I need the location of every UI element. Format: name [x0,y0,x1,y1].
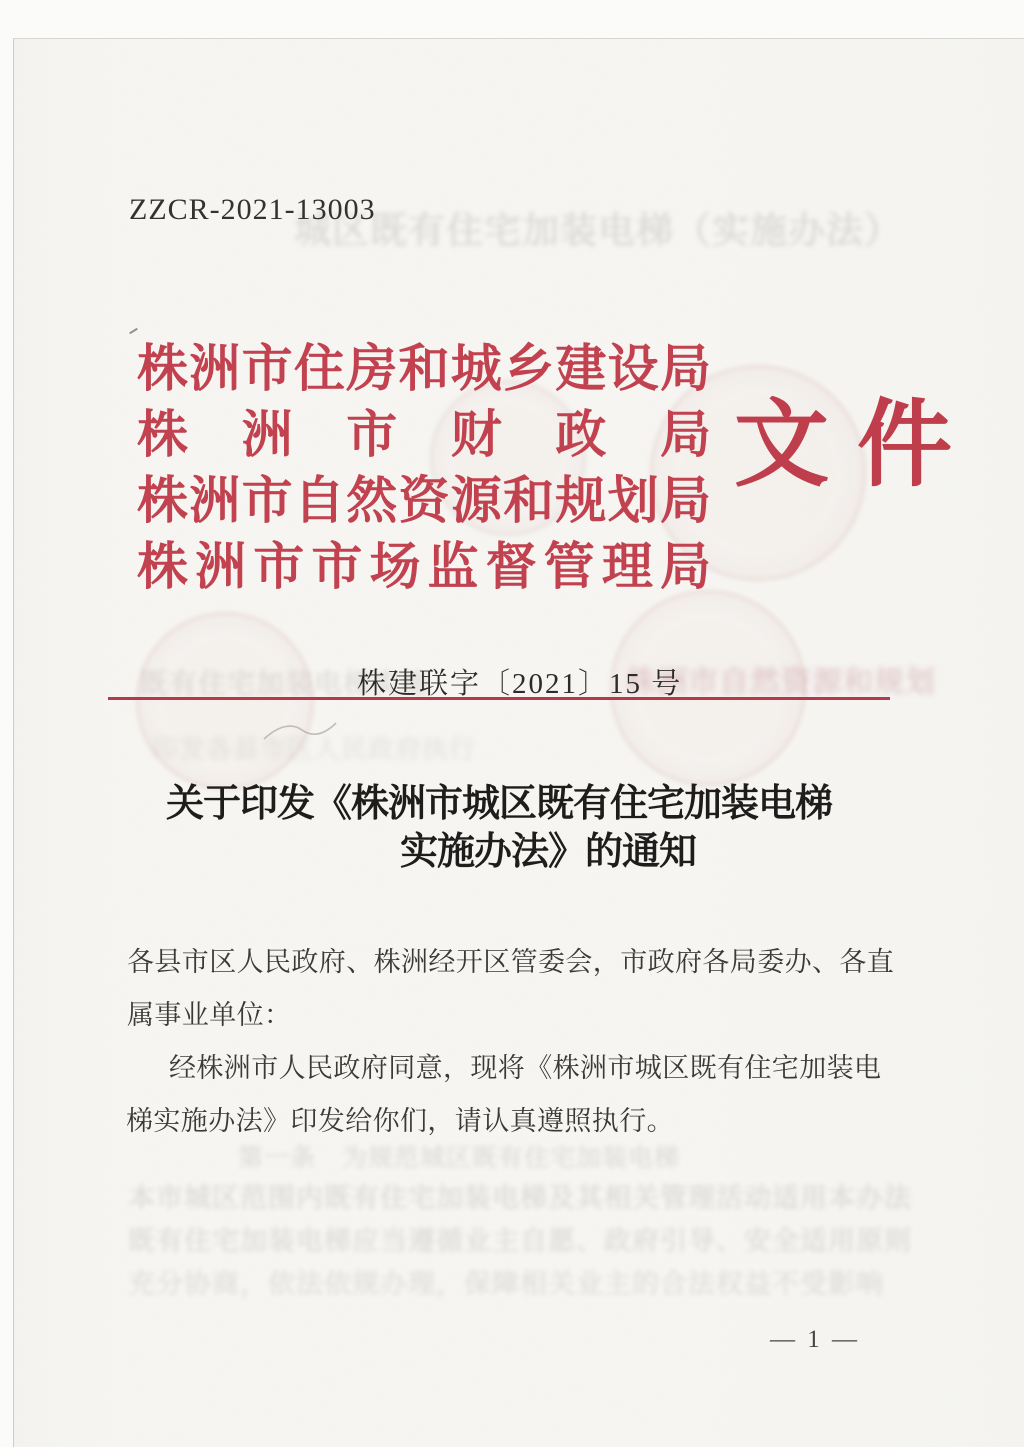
salutation-line: 属事业单位： [127,993,291,1032]
agency-name-line: 株洲市市场监督管理局 [137,529,711,595]
reference-number: 株建联字〔2021〕15 号 [357,661,682,702]
seal-bleedthrough-left [136,612,314,790]
body-paragraph-line: 梯实施办法》印发给你们，请认真遵照执行。 [126,1099,674,1138]
scanned-document-page: 城区既有住宅加装电梯（实施办法） 既有住宅加装电梯实施 株洲市自然资源和规划 印… [0,0,1024,1447]
bleedthrough-body-line: 第一条 为规范城区既有住宅加装电梯 [238,1138,680,1174]
agency-name-line: 株洲市自然资源和规划局 [137,463,711,529]
agency-name-line: 株洲市住房和城乡建设局 [137,331,711,397]
bleedthrough-body-line: 充分协商，依法依规办理，保障相关业主的合法权益不受影响 [128,1262,884,1301]
document-title-line2: 实施办法》的通知 [400,820,696,875]
bleedthrough-title-line: 城区既有住宅加装电梯（实施办法） [294,200,902,254]
scan-edge-top [13,0,1024,39]
agency-name-line: 株洲市财政局 [137,397,711,463]
document-serial-number: ZZCR-2021-13003 [129,193,376,227]
red-divider-rule [108,697,890,700]
doc-type-label: 文件 [734,398,980,493]
page-number: — 1 — [770,1326,860,1354]
bleedthrough-body-line: 既有住宅加装电梯应当遵循业主自愿、政府引导、安全适用原则 [128,1219,912,1258]
red-header-agency-block: 株洲市住房和城乡建设局 株洲市财政局 株洲市自然资源和规划局 株洲市市场监督管理… [137,331,711,595]
bleedthrough-under-rule: 印发各县市区人民政府执行 [152,729,476,766]
bleedthrough-body-line: 本市城区范围内既有住宅加装电梯及其相关管理活动适用本办法 [128,1176,912,1215]
scan-edge-left [0,0,14,1447]
salutation-line: 各县市区人民政府、株洲经开区管委会，市政府各局委办、各直 [127,940,894,979]
document-title-line1: 关于印发《株洲市城区既有住宅加装电梯 [166,772,832,827]
body-paragraph-line: 经株洲市人民政府同意，现将《株洲市城区既有住宅加装电 [169,1046,881,1085]
